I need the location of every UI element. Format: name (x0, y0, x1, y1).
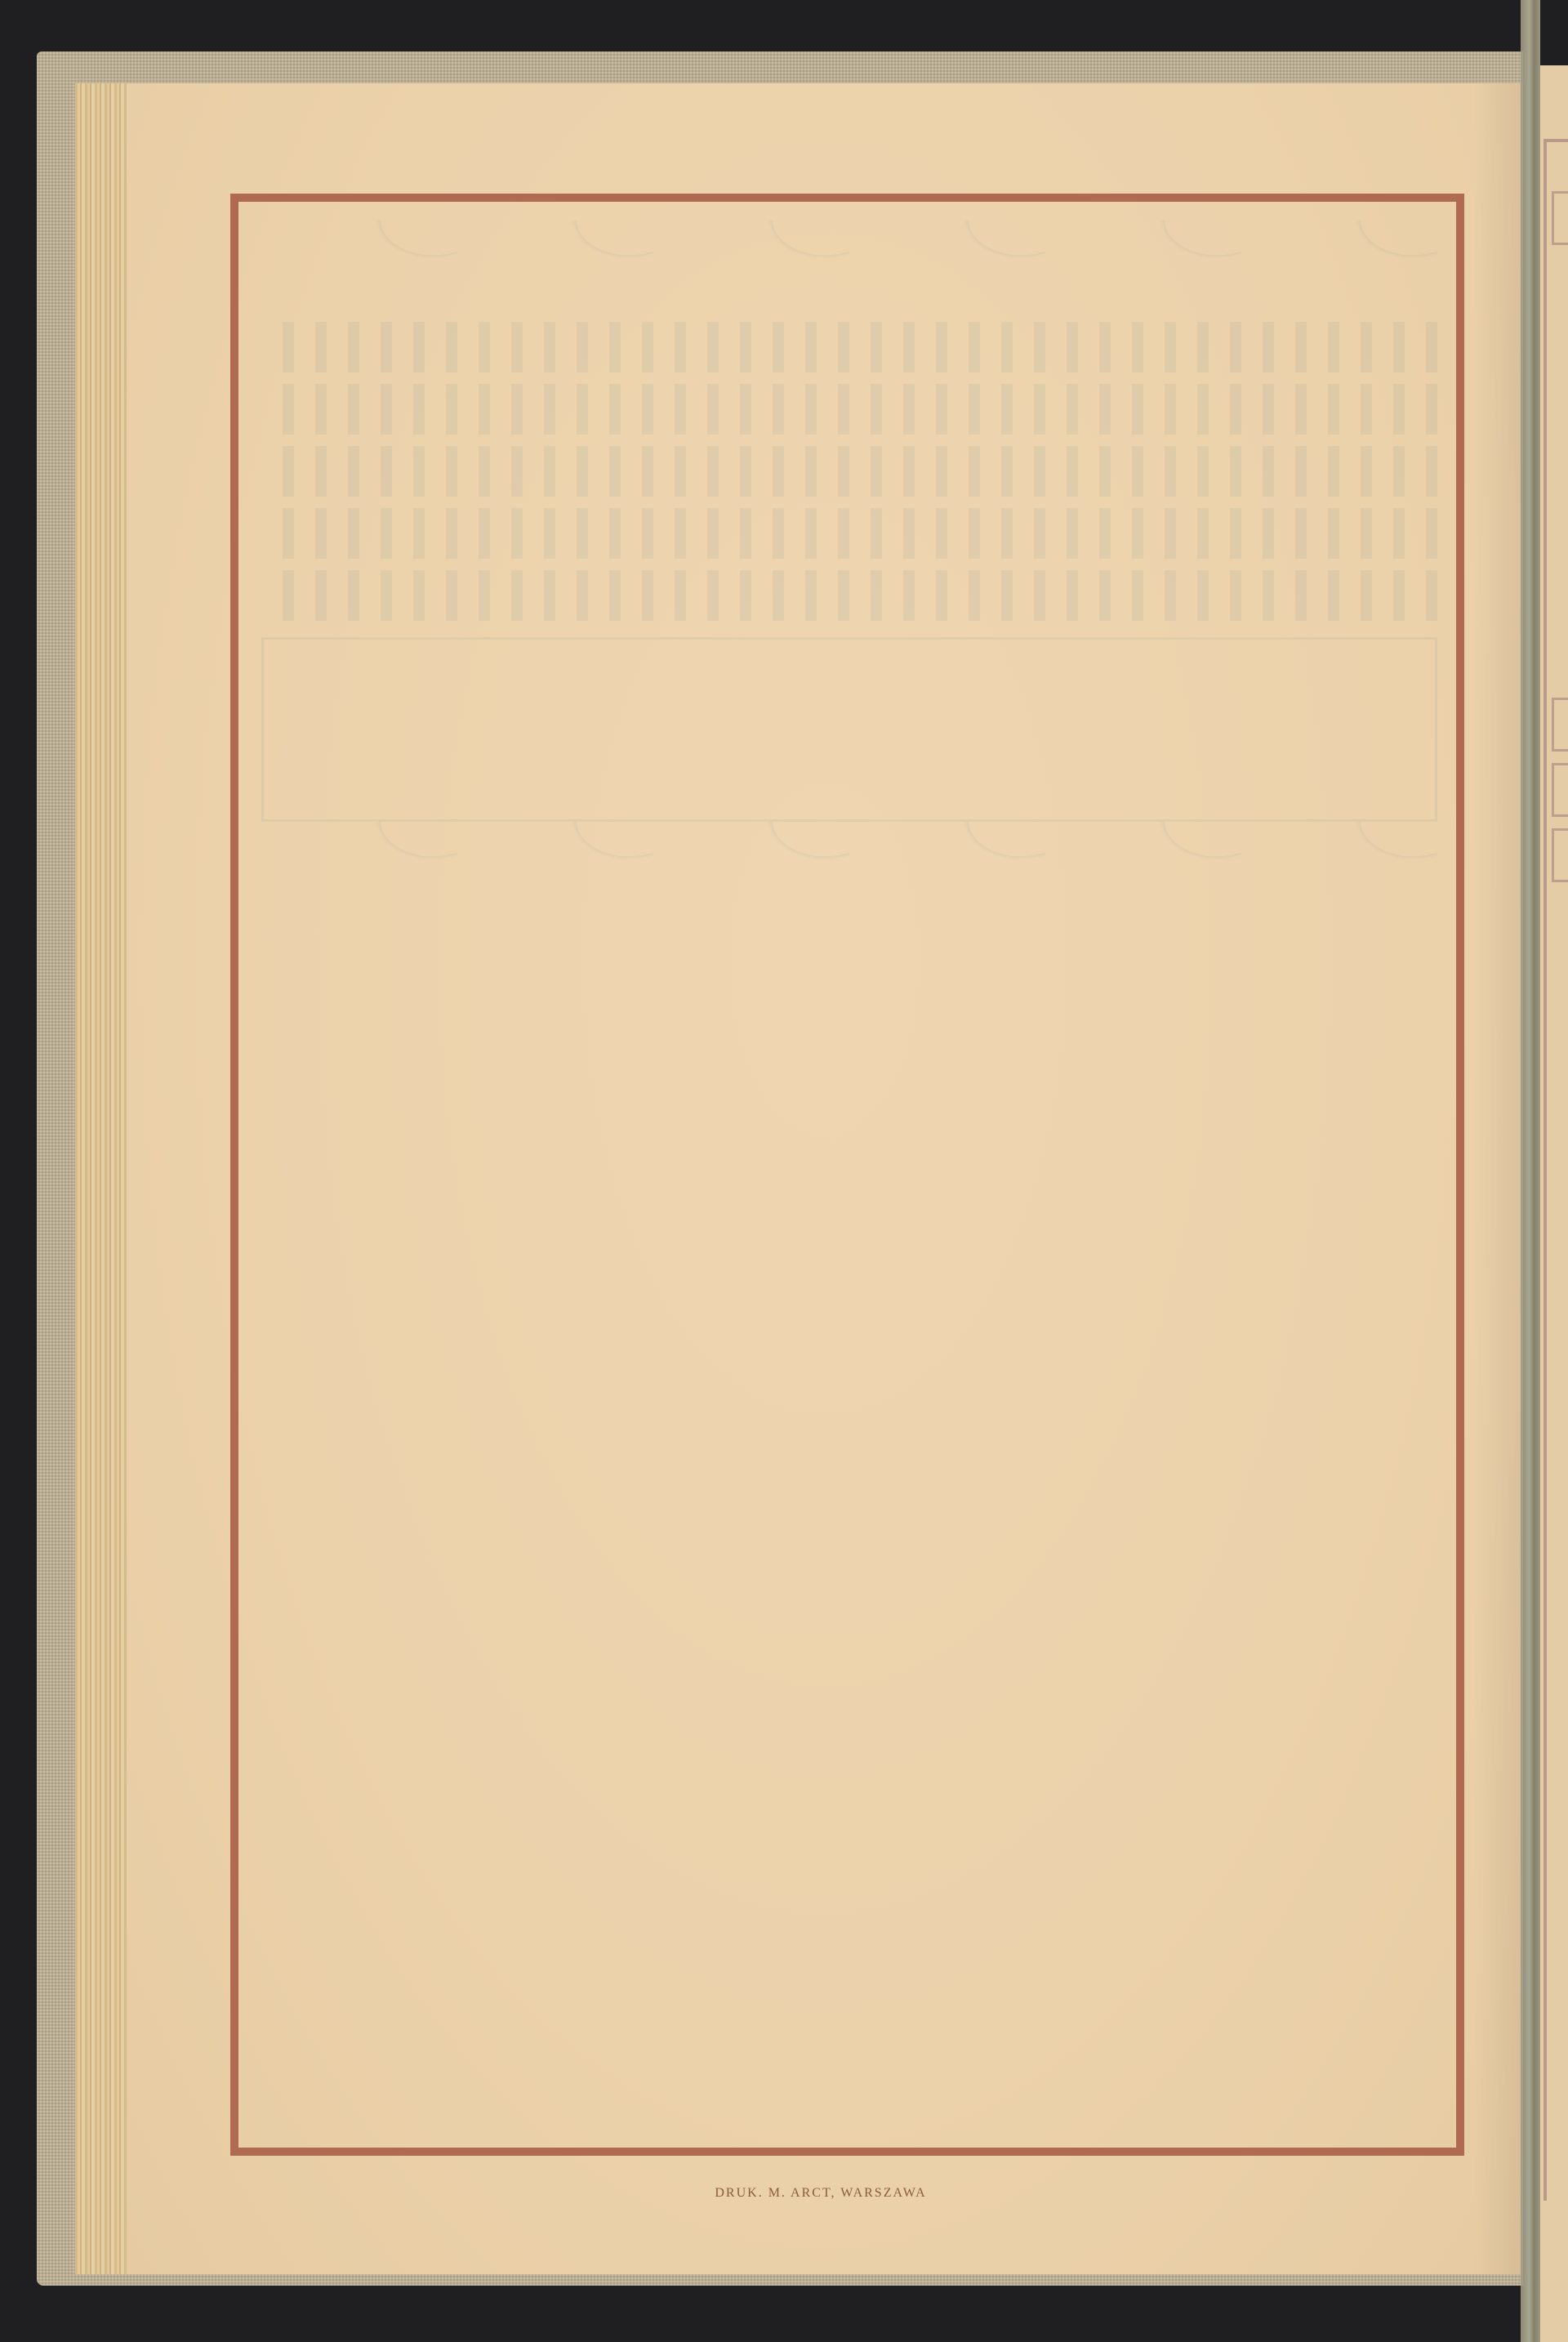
ornament-fragment (1552, 763, 1568, 817)
book-gutter (1521, 0, 1540, 2342)
ornament-fragment (1552, 698, 1568, 752)
ornament-fragment (1552, 828, 1568, 882)
ornament-fragment (1552, 191, 1568, 245)
page-block-edges (75, 83, 127, 2274)
printer-imprint: DRUK. M. ARCT, WARSZAWA (0, 2186, 1568, 2201)
gutter-shadow (1474, 83, 1523, 2274)
adjacent-page-ornament (1543, 139, 1568, 2201)
red-border-frame (230, 194, 1464, 2156)
